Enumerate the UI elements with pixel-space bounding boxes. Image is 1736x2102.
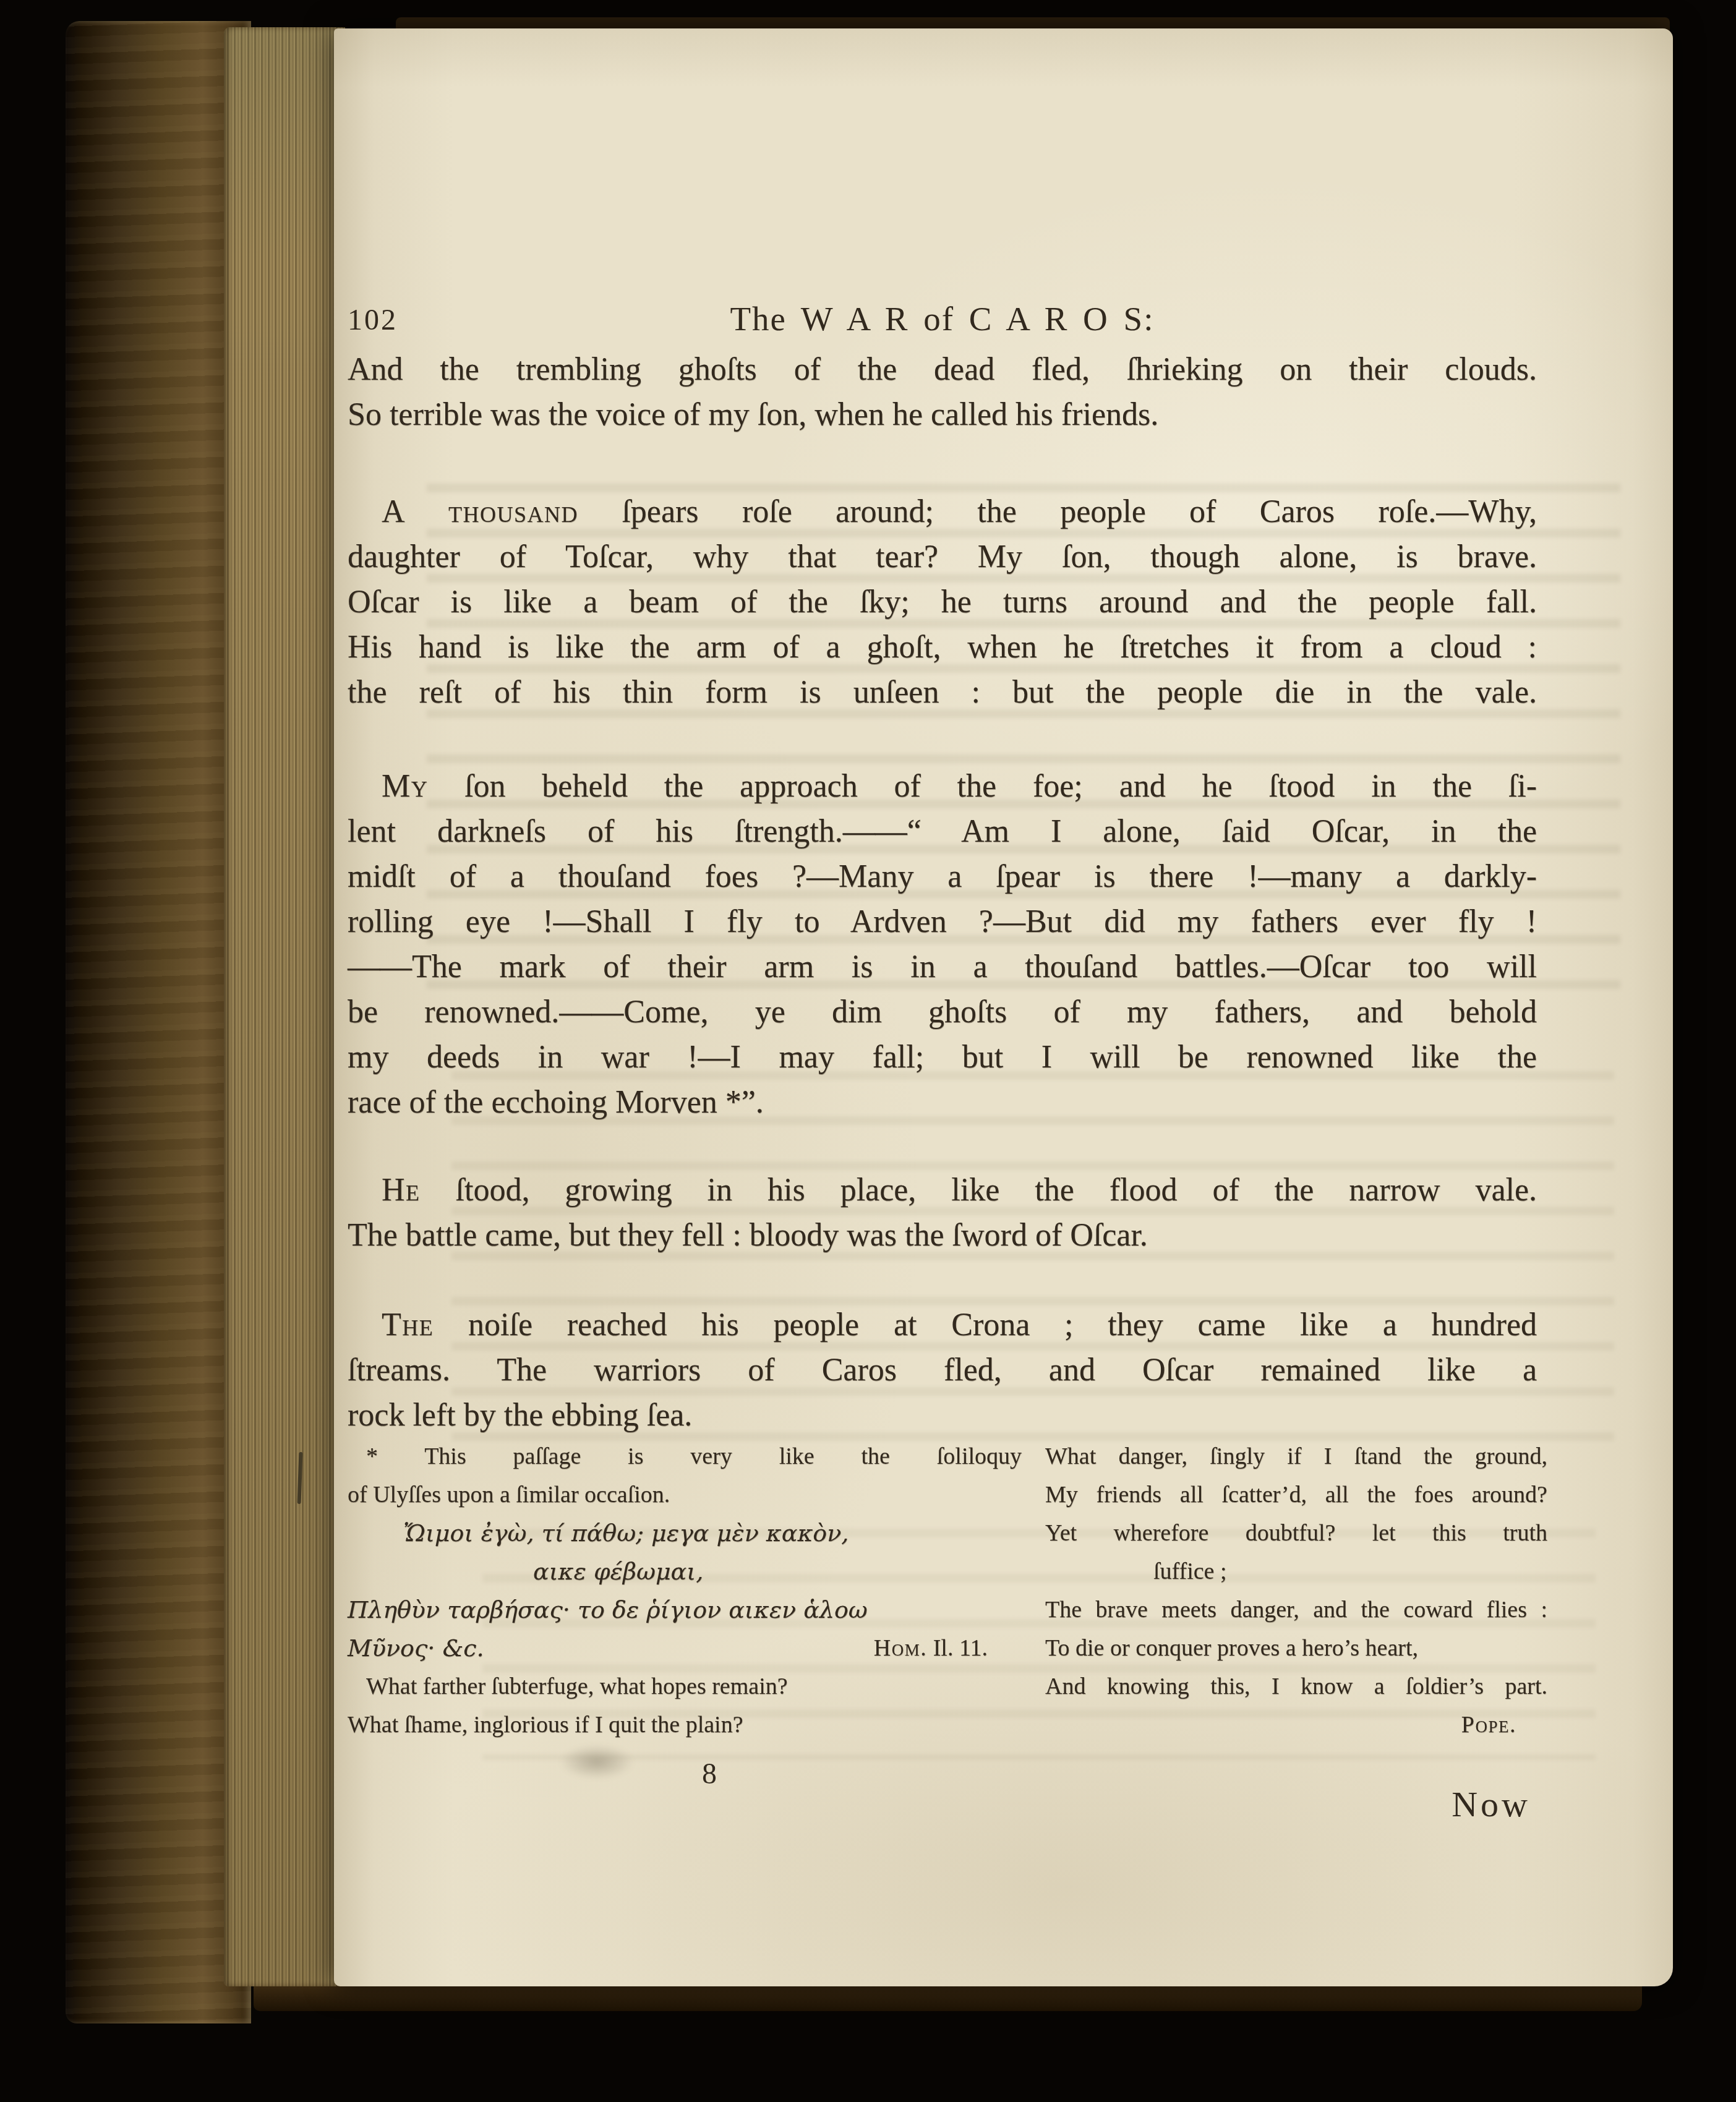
- text-line: Oſcar is like a beam of the ſky; he turn…: [348, 579, 1537, 625]
- text-line: His hand is like the arm of a ghoſt, whe…: [348, 625, 1537, 670]
- footnote-line: What farther ſubterfuge, what hopes rema…: [348, 1667, 1022, 1706]
- opener-rest: ſtood, growing in his place, like the fl…: [421, 1173, 1537, 1208]
- footnote-line: of Ulyſſes upon a ſimilar occaſion.: [348, 1476, 1022, 1514]
- text-line: lent darkneſs of his ſtrength.——“ Am I a…: [348, 809, 1537, 854]
- showthrough-smudge: [550, 1740, 643, 1784]
- text-line: race of the ecchoing Morven *”.: [348, 1080, 1537, 1125]
- footnote-line: My friends all ſcatter’d, all the foes a…: [1045, 1476, 1547, 1514]
- text-line: So terrible was the voice of my ſon, whe…: [348, 392, 1537, 437]
- text-line: rock left by the ebbing ſea.: [348, 1393, 1537, 1438]
- text-line: the reſt of his thin form is unſeen : bu…: [348, 670, 1537, 715]
- book-page-edges: [224, 27, 345, 1986]
- opener-rest: noiſe reached his people at Crona ; they…: [434, 1307, 1537, 1343]
- attribution-pope: Pope.: [1045, 1706, 1547, 1744]
- text-line: ſtreams. The warriors of Caros fled, and…: [348, 1348, 1537, 1393]
- footnote-line: And knowing this, I know a ſoldier’s par…: [1045, 1667, 1547, 1706]
- paragraph: A thousand ſpears roſe around; the peopl…: [348, 489, 1537, 715]
- opener-rest: ſpears roſe around; the people of Caros …: [578, 494, 1537, 529]
- small-caps-opener: My: [382, 769, 428, 804]
- small-caps-opener: He: [382, 1173, 421, 1208]
- page-title: The W A R of C A R O S:: [348, 299, 1537, 338]
- footnote-line: ſuffice ;: [1045, 1552, 1547, 1591]
- text-line: My ſon beheld the approach of the foe; a…: [348, 764, 1537, 809]
- running-header: 102 The W A R of C A R O S:: [348, 299, 1537, 343]
- text-line: And the trembling ghoſts of the dead fle…: [348, 347, 1537, 392]
- footnote-line: What ſhame, inglorious if I quit the pla…: [348, 1706, 1022, 1744]
- citation-line: Μῦνος· &c. Hom. Il. 11.: [348, 1629, 1022, 1667]
- footnote-line: Yet wherefore doubtful? let this truth: [1045, 1514, 1547, 1552]
- text-line: midſt of a thouſand foes ?—Many a ſpear …: [348, 854, 1537, 899]
- text-line: He ſtood, growing in his place, like the…: [348, 1168, 1537, 1213]
- paragraph: He ſtood, growing in his place, like the…: [348, 1168, 1537, 1258]
- footnote-left-column: * This paſſage is very like the ſoliloqu…: [348, 1437, 1022, 1744]
- footnote-line: What danger, ſingly if I ſtand the groun…: [1045, 1437, 1547, 1476]
- greek-quote-line: Πληθὺν ταρβήσας· το δε ῥίγιον αικεν ἁλοω: [348, 1591, 1022, 1629]
- opener-rest: ſon beheld the approach of the foe; and …: [428, 769, 1537, 804]
- footnote-line: The brave meets danger, and the coward f…: [1045, 1591, 1547, 1629]
- paragraph: The noiſe reached his people at Crona ; …: [348, 1302, 1537, 1438]
- book-cover-leather-edge: [66, 21, 251, 2023]
- scanned-book-photo: 102 The W A R of C A R O S: And the trem…: [0, 0, 1736, 2102]
- text-line: my deeds in war !—I may fall; but I will…: [348, 1035, 1537, 1080]
- text-line: ——The mark of their arm is in a thouſand…: [348, 944, 1537, 989]
- text-line: rolling eye !—Shall I fly to Ardven ?—Bu…: [348, 899, 1537, 944]
- catchword: Now: [1452, 1784, 1531, 1825]
- paragraph: My ſon beheld the approach of the foe; a…: [348, 764, 1537, 1125]
- text-line: The noiſe reached his people at Crona ; …: [348, 1302, 1537, 1348]
- small-caps-opener: A thousand: [382, 494, 578, 529]
- text-line: A thousand ſpears roſe around; the peopl…: [348, 489, 1537, 534]
- text-line: daughter of Toſcar, why that tear? My ſo…: [348, 534, 1537, 579]
- signature-mark: 8: [702, 1757, 717, 1791]
- paragraph: And the trembling ghoſts of the dead fle…: [348, 347, 1537, 437]
- footnote-line: To die or conquer proves a hero’s heart,: [1045, 1629, 1547, 1667]
- greek-quote-end: Μῦνος· &c.: [348, 1629, 484, 1667]
- text-line: be renowned.——Come, ye dim ghoſts of my …: [348, 989, 1537, 1035]
- greek-quote-line: Ὤιμοι ἐγὼ, τί πάθω; μεγα μὲν κακὸν,: [348, 1514, 1022, 1552]
- book-page: 102 The W A R of C A R O S: And the trem…: [334, 28, 1673, 1986]
- footnote-line: * This paſſage is very like the ſoliloqu…: [348, 1437, 1022, 1476]
- homer-citation: Hom. Il. 11.: [874, 1629, 988, 1667]
- small-caps-opener: The: [382, 1307, 434, 1343]
- footnote-right-column: What danger, ſingly if I ſtand the groun…: [1045, 1437, 1547, 1744]
- greek-quote-line: αικε φέβωμαι,: [348, 1552, 1022, 1591]
- text-line: The battle came, but they fell : bloody …: [348, 1213, 1537, 1258]
